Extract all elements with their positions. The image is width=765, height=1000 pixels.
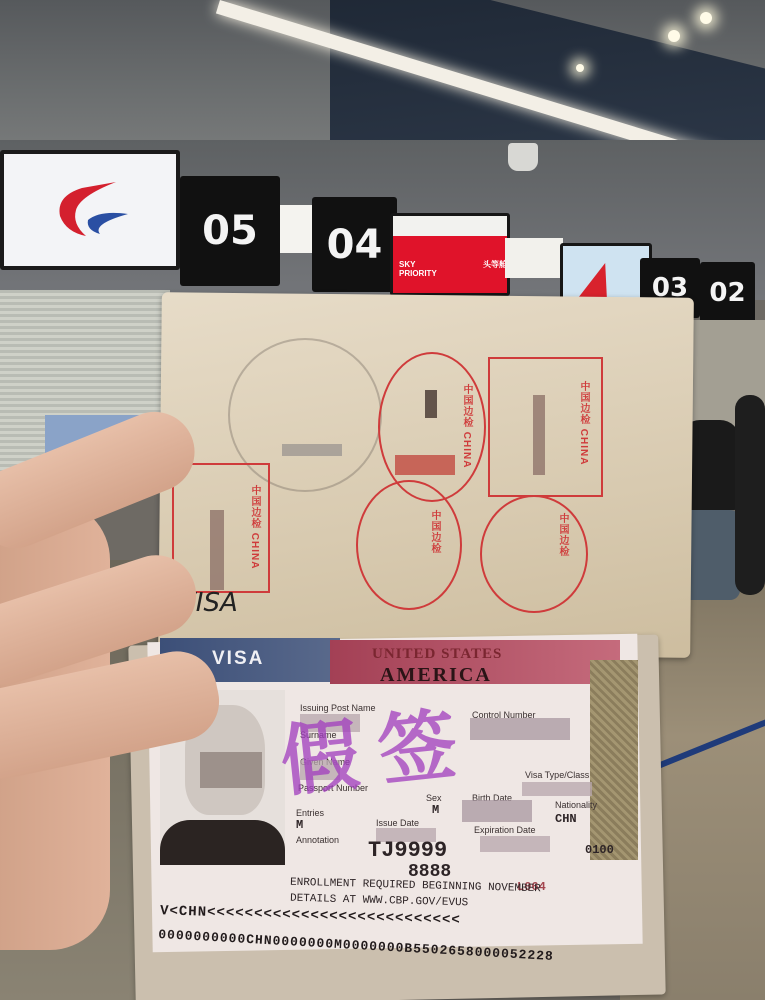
expiration-date-label: Expiration Date [474,825,536,835]
security-camera [508,143,538,171]
pixelated-censor [522,782,592,796]
pixelated-censor [462,800,532,822]
pixelated-censor [425,390,437,418]
pixelated-censor [470,718,570,740]
annotation-value: TJ9999 [368,838,447,863]
counter-number-04: 04 [312,197,397,292]
visa-type-label: Visa Type/Class [525,770,589,780]
ceiling-lamp [700,12,712,24]
entries-value: M [296,818,303,832]
pixelated-censor [210,510,224,590]
visa-title: VISA [212,648,264,670]
person [735,395,765,595]
code-right: 0100 [585,843,614,857]
china-eastern-logo-icon [4,154,176,266]
counter-number-02: 02 [700,262,755,324]
visa-photo-shoulders [160,820,285,865]
sex-value: M [432,803,439,817]
border-stamp: 中国边检 CHINA [488,357,603,497]
border-stamp: 中国边检 CHINA [378,352,486,502]
counter-number-05: 05 [180,176,280,286]
priority-line2: PRIORITY [399,269,437,278]
border-stamp: 中国边检 [480,495,588,613]
pixelated-censor [200,752,262,788]
pixelated-censor [282,444,342,456]
priority-screen: SKY PRIORITY 头等舱 [390,213,510,296]
priority-right: 头等舱 [483,260,507,269]
light-panel [505,238,563,278]
nationality-value: CHN [555,812,577,826]
visa-border-pattern [590,660,638,860]
pixelated-censor [533,395,545,475]
priority-line1: SKY [399,260,415,269]
ceiling-lamp [668,30,680,42]
ceiling-lamp [576,64,584,72]
issue-date-label: Issue Date [376,818,419,828]
visa-country-line1: UNITED STATES [372,646,502,663]
handwritten-fake-scrawl: 假签 [275,680,482,812]
pixelated-censor [480,836,550,852]
airline-logo-screen [0,150,180,270]
nationality-label: Nationality [555,800,597,810]
pixelated-censor [395,455,455,475]
annotation-label: Annotation [296,835,339,845]
border-stamp: 中国边检 [356,480,462,610]
